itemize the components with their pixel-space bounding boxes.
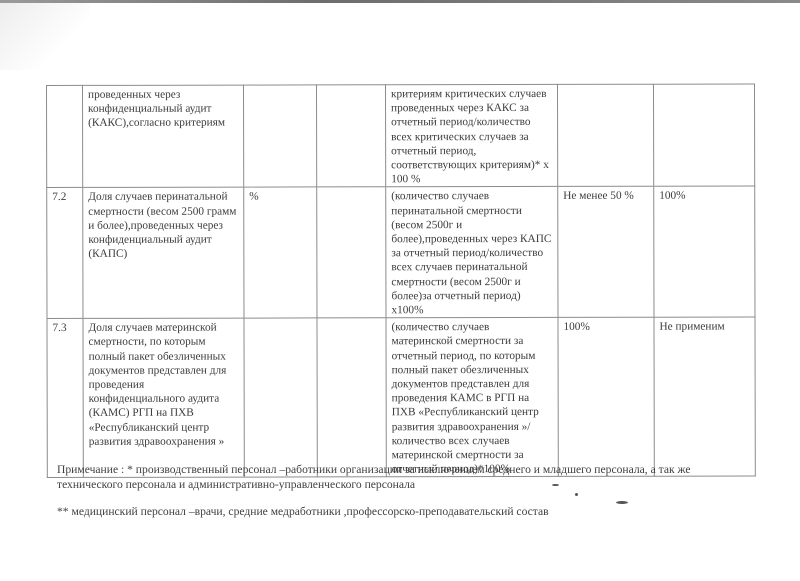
document-page: проведенных через конфиденциальный аудит… [0, 0, 800, 581]
unit-cell: % [244, 187, 317, 318]
indicators-table: проведенных через конфиденциальный аудит… [46, 84, 756, 479]
formula-cell: (количество случаев материнской смертнос… [386, 318, 558, 478]
footnote-production-staff: Примечание : * производственный персонал… [57, 462, 757, 492]
formula-cell: критериям критических случаев проведенны… [386, 84, 558, 187]
indicator-cell: Доля случаев материнской смертности, по … [83, 318, 244, 478]
blank-cell [317, 85, 386, 188]
formula-cell: (количество случаев перинатальной смертн… [386, 187, 558, 318]
indicator-cell: Доля случаев перинатальной смертности (в… [83, 188, 244, 319]
scan-speck [616, 501, 628, 504]
unit-cell [244, 85, 317, 188]
row-number [47, 85, 83, 187]
row-number: 7.2 [47, 188, 83, 319]
scan-speck [552, 484, 559, 486]
scan-speck [575, 493, 578, 496]
indicator-cell: проведенных через конфиденциальный аудит… [83, 85, 244, 188]
table-row: 7.3 Доля случаев материнской смертности,… [47, 317, 755, 478]
footnote-medical-staff: ** медицинский персонал –врачи, средние … [57, 504, 757, 519]
value-cell: 100% [654, 186, 755, 317]
blank-cell [317, 318, 386, 477]
threshold-cell: Не менее 50 % [558, 187, 654, 318]
value-cell: Не применим [654, 317, 755, 476]
unit-cell [244, 318, 317, 477]
threshold-cell: 100% [558, 317, 654, 476]
table-row: 7.2 Доля случаев перинатальной смертност… [47, 186, 755, 318]
value-cell [653, 84, 754, 187]
row-number: 7.3 [47, 319, 83, 478]
blank-cell [317, 187, 386, 318]
footnotes: Примечание : * производственный персонал… [57, 462, 757, 519]
table-row: проведенных через конфиденциальный аудит… [47, 84, 755, 188]
threshold-cell [557, 84, 653, 187]
